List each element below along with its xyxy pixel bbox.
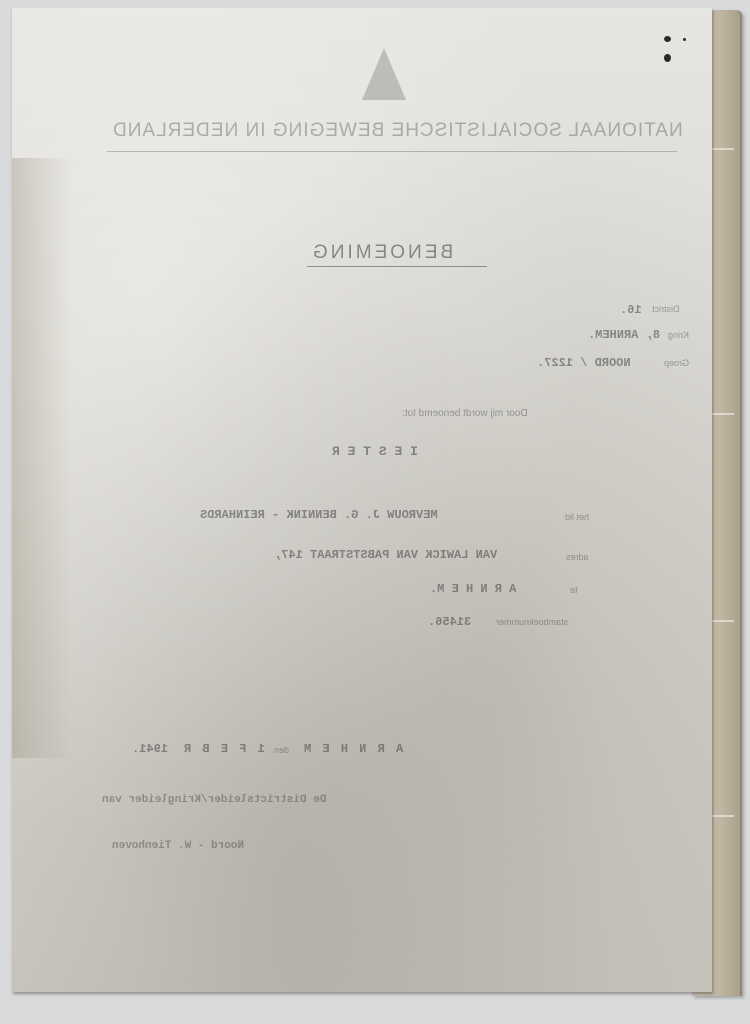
city-label: te bbox=[570, 585, 578, 595]
date-day-month: 1 F E B R bbox=[182, 742, 265, 756]
document-paper: NATIONAAL SOCIALISTISCHE BEWEGING IN NED… bbox=[12, 8, 712, 992]
kring-value: 8, ARNHEM. bbox=[588, 328, 660, 342]
document-title: BENOEMING bbox=[310, 242, 453, 264]
district-label: District bbox=[652, 304, 680, 314]
signature-title: De Districtsleider/Kringleider van bbox=[102, 794, 326, 806]
organization-header: NATIONAAL SOCIALISTISCHE BEWEGING IN NED… bbox=[112, 120, 683, 142]
address-value: VAN LAWICK VAN PABSTSTRAAT 147, bbox=[274, 548, 497, 562]
date-den: den bbox=[274, 745, 289, 755]
header-divider bbox=[107, 151, 677, 152]
stain bbox=[12, 158, 72, 758]
registration-label: stamboeknummer bbox=[496, 617, 568, 627]
punch-hole bbox=[683, 38, 686, 41]
punch-hole bbox=[664, 54, 671, 62]
appointment-intro: Door mij wordt benoemd tot: bbox=[402, 408, 528, 419]
signature-name: Noord - W. Tienhoven bbox=[112, 840, 244, 852]
position-value: I E S T E R bbox=[332, 444, 418, 459]
organization-logo-icon bbox=[362, 48, 406, 100]
city-value: A R N H E M. bbox=[430, 582, 516, 596]
registration-value: 31456. bbox=[428, 615, 471, 629]
kring-label: Kring bbox=[668, 330, 689, 340]
date-place: A R N H E M bbox=[302, 742, 403, 756]
address-label: adres bbox=[566, 552, 589, 562]
groep-value: NOORD / 1227. bbox=[537, 356, 631, 370]
member-value: MEVROUW J. G. BENNINK - REINHARDS bbox=[200, 508, 438, 522]
district-value: 16. bbox=[620, 303, 642, 317]
member-label: het lid bbox=[565, 512, 589, 522]
punch-hole bbox=[664, 36, 671, 42]
title-underline bbox=[307, 266, 487, 267]
groep-label: Groep bbox=[664, 358, 689, 368]
date-year: 1941. bbox=[132, 742, 168, 756]
